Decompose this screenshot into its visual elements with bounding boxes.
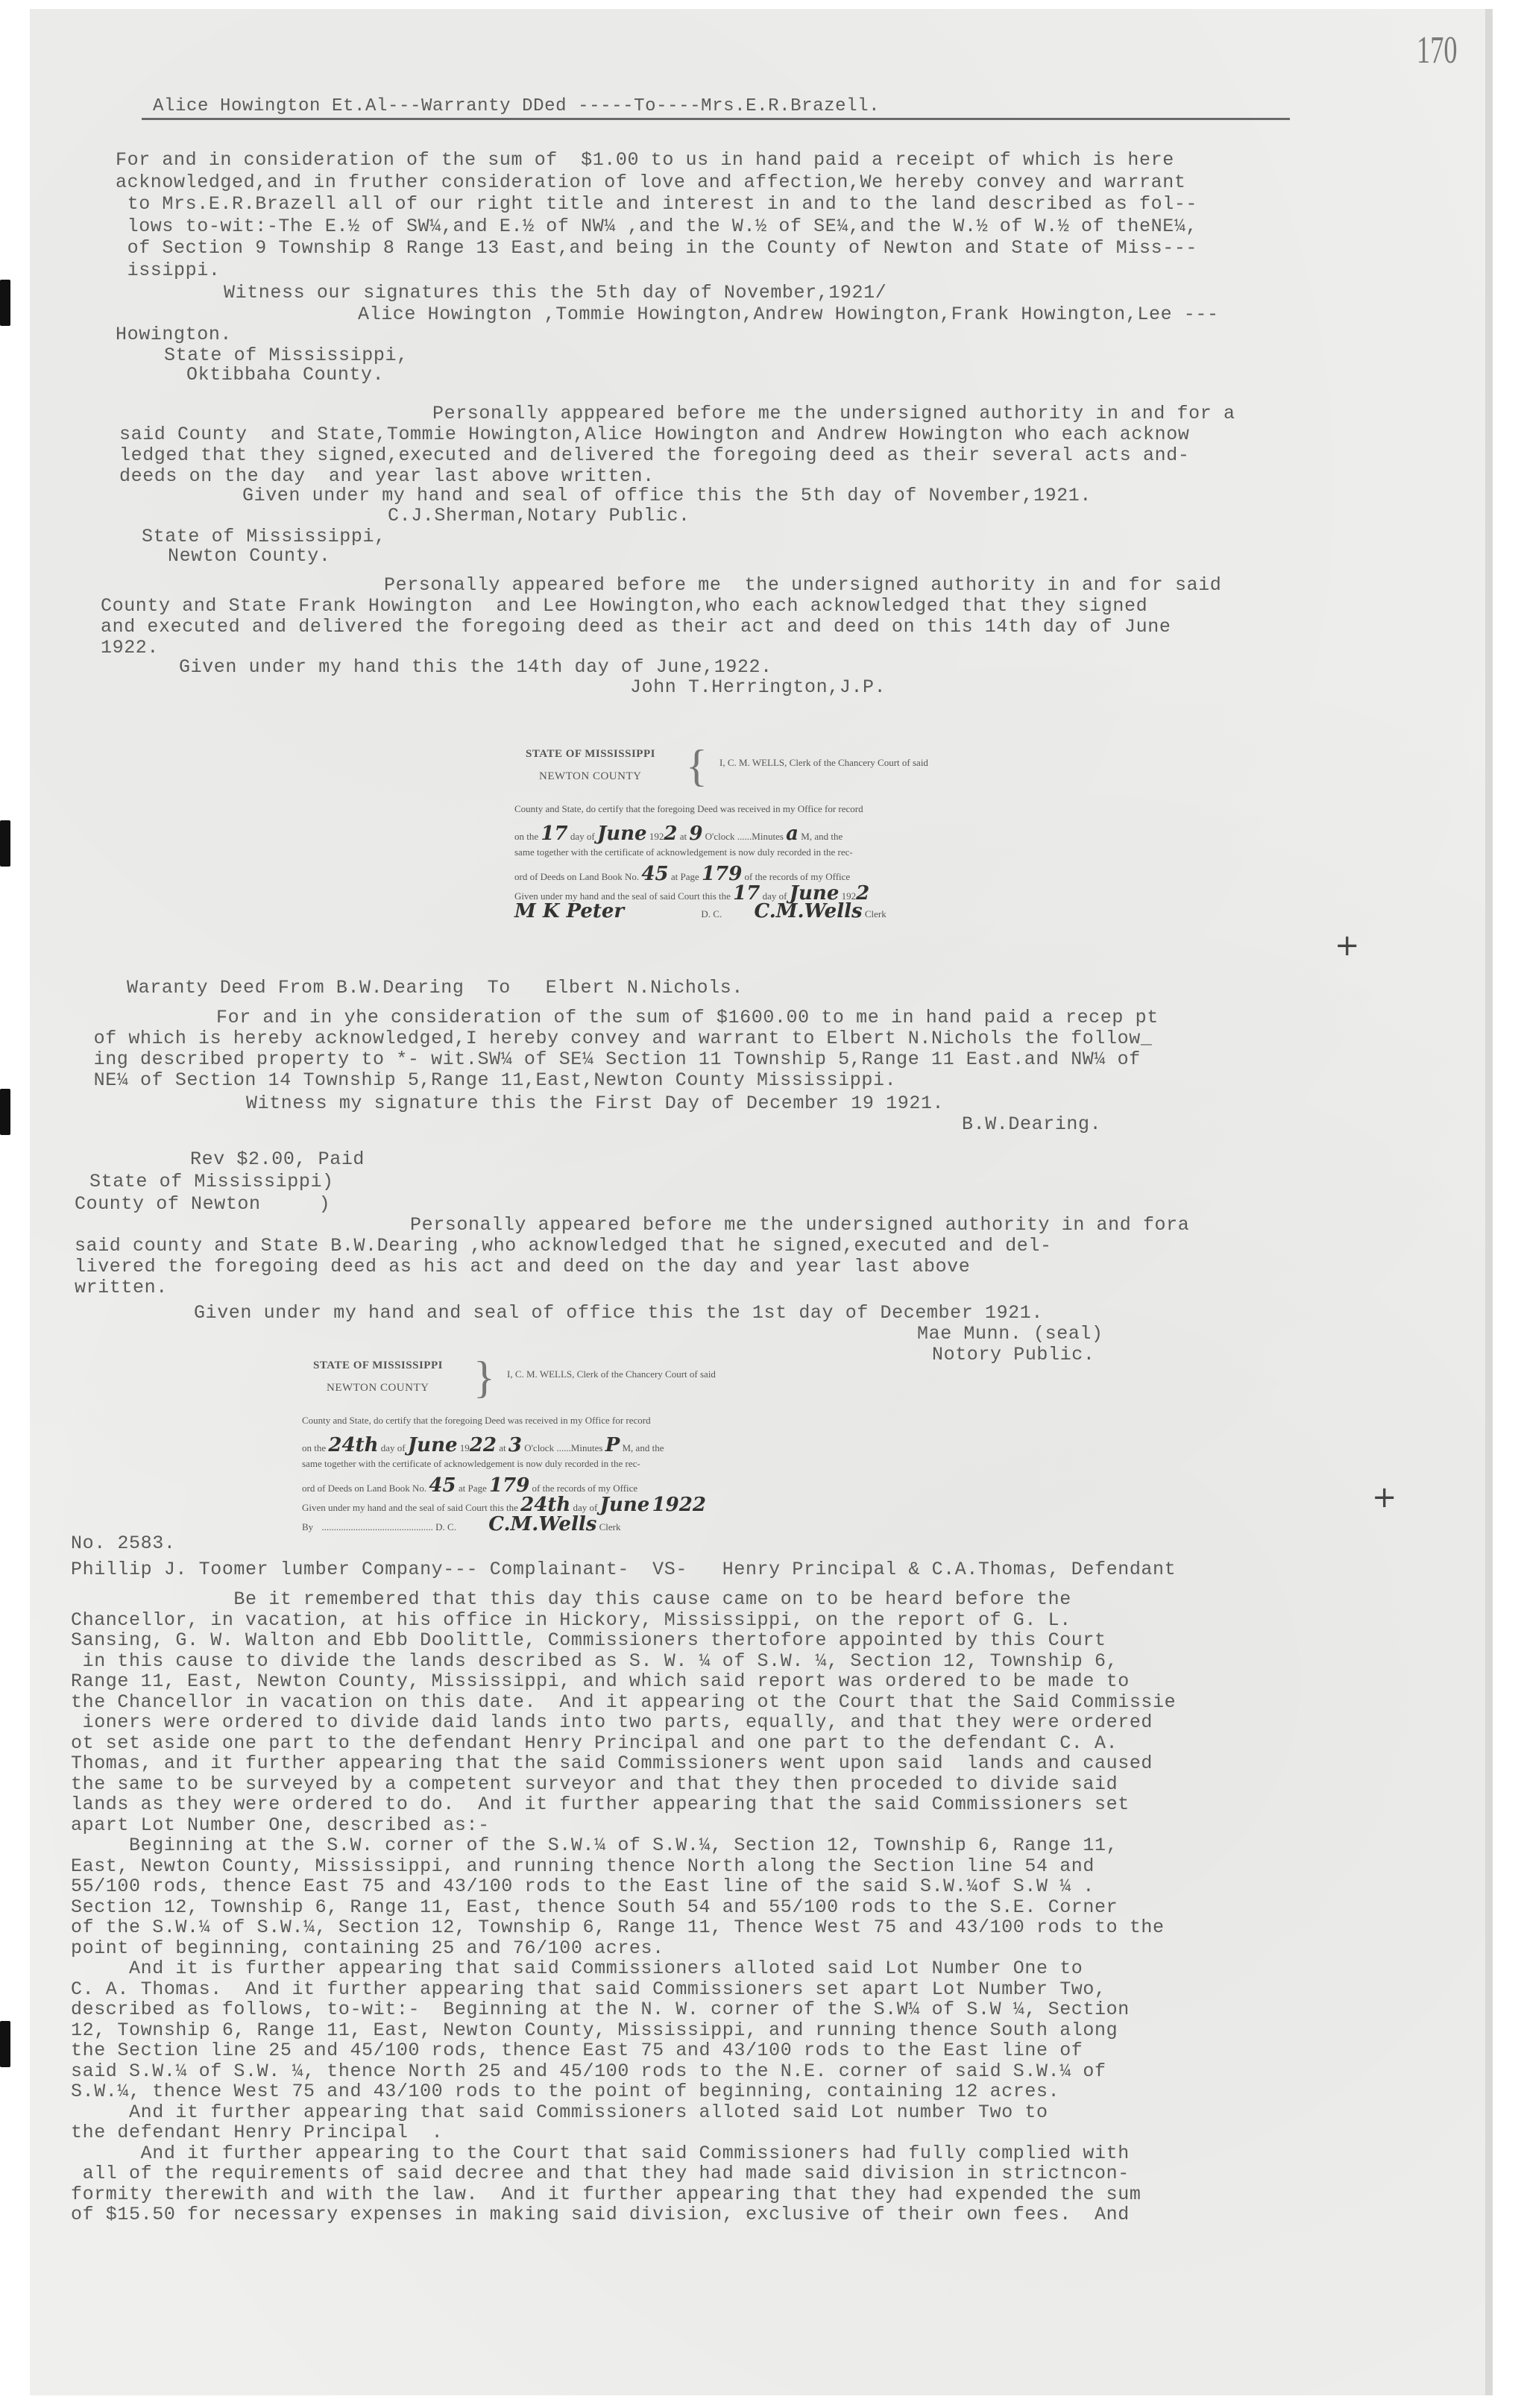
text-line: S.W.¼, thence West 75 and 43/100 rods to… xyxy=(71,2081,1059,2103)
text-line: to Mrs.E.R.Brazell all of our right titl… xyxy=(116,193,1197,216)
cert-line: same together with the certificate of ac… xyxy=(302,1458,640,1470)
text-line: C. A. Thomas. And it further appearing t… xyxy=(71,1978,1106,2001)
clerk-signature: C.M.Wells xyxy=(754,900,862,922)
text-line: said County and State,Tommie Howington,A… xyxy=(119,424,1189,446)
text-line: lows to-wit:-The E.½ of SW¼,and E.½ of N… xyxy=(116,216,1197,238)
text-line: of the S.W.¼ of S.W.¼, Section 12, Towns… xyxy=(71,1917,1165,1939)
text-line: formity therewith and with the law. And … xyxy=(71,2184,1141,2206)
cert-label: of the records of my Office xyxy=(532,1483,638,1494)
cert-clerk-line: I, C. M. WELLS, Clerk of the Chancery Co… xyxy=(507,1368,716,1380)
cert-hour: 9 xyxy=(689,823,702,845)
ack2-officer: John T.Herrington,J.P. xyxy=(630,676,886,699)
cert-day: 17 xyxy=(541,823,567,845)
cert-label: day of xyxy=(570,831,595,842)
cert-label: at xyxy=(680,831,687,842)
cert-label: 192 xyxy=(649,831,664,842)
text-line: Thomas, and it further appearing that th… xyxy=(71,1752,1153,1775)
cert-state: STATE OF MISSISSIPPI xyxy=(313,1359,443,1372)
cert-month: June xyxy=(597,823,647,845)
text-line: Section 12, Township 6, Range 11, East, … xyxy=(71,1896,1118,1919)
cert-line-date: on the 17 day of June 1922 at 9 O'clock … xyxy=(514,823,843,845)
text-line: ioners were ordered to divide daid lands… xyxy=(71,1711,1153,1734)
binder-hole xyxy=(0,1089,10,1135)
ack2-given: Given under my hand this the 14th day of… xyxy=(179,656,772,679)
cert-label: at Page xyxy=(671,871,699,882)
cert-county: NEWTON COUNTY xyxy=(539,770,641,783)
cert-label: at xyxy=(499,1442,506,1453)
text-line: all of the requirements of said decree a… xyxy=(71,2163,1130,2185)
ack1-given: Given under my hand and seal of office t… xyxy=(242,485,1092,507)
deed1-signers-cont: Howington. xyxy=(116,324,232,346)
ack1-county: Oktibbaha County. xyxy=(186,364,384,386)
title-underline xyxy=(142,118,1290,120)
text-line: NE¼ of Section 14 Township 5,Range 11,Ea… xyxy=(82,1069,896,1092)
cert-label: Clerk xyxy=(865,908,886,919)
cert-given-year: 1922 xyxy=(652,1494,706,1516)
text-line: of which is hereby acknowledged,I hereby… xyxy=(82,1028,1152,1050)
text-line: of Section 9 Township 8 Range 13 East,an… xyxy=(116,237,1197,260)
cert-line: County and State, do certify that the fo… xyxy=(514,803,863,815)
text-line: described as follows, to-wit:- Beginning… xyxy=(71,1999,1130,2021)
text-line: For and in consideration of the sum of $… xyxy=(116,149,1174,172)
text-line: said S.W.¼ of S.W. ¼, thence North 25 an… xyxy=(71,2060,1106,2083)
deed2-title: Waranty Deed From B.W.Dearing To Elbert … xyxy=(127,977,743,999)
text-line: Beginning at the S.W. corner of the S.W.… xyxy=(71,1835,1118,1857)
text-line: written. xyxy=(75,1277,168,1299)
cert-year: 22 xyxy=(470,1434,497,1456)
cert-label: M, and the xyxy=(623,1442,664,1453)
deed2-witness: Witness my signature this the First Day … xyxy=(246,1093,944,1115)
text-line: livered the foregoing deed as his act an… xyxy=(75,1256,970,1278)
margin-mark: + xyxy=(1372,1480,1397,1515)
text-line: and executed and delivered the foregoing… xyxy=(101,616,1171,638)
brace: { xyxy=(686,744,708,788)
cert-label: O'clock ......Minutes xyxy=(524,1442,602,1453)
text-line: East, Newton County, Mississippi, and ru… xyxy=(71,1855,1095,1878)
cert-hour: 3 xyxy=(508,1434,522,1456)
cert-label: Clerk xyxy=(599,1521,621,1532)
recording-certificate-2: STATE OF MISSISSIPPI NEWTON COUNTY } I, … xyxy=(298,1346,865,1532)
cert-line: County and State, do certify that the fo… xyxy=(302,1415,651,1427)
text-line: For and in yhe consideration of the sum … xyxy=(216,1007,1159,1029)
cert-label: Given under my hand and the seal of said… xyxy=(302,1502,518,1513)
cert-label: ord of Deeds on Land Book No. xyxy=(514,871,639,882)
text-line: 1922. xyxy=(101,637,159,659)
cert-ampm: a xyxy=(786,823,799,845)
binder-hole xyxy=(0,820,10,867)
text-line: Be it remembered that this day this caus… xyxy=(71,1588,1071,1611)
ack2-county: Newton County. xyxy=(168,545,330,568)
cert-label: at Page xyxy=(459,1483,487,1494)
text-line: Range 11, East, Newton County, Mississip… xyxy=(71,1670,1130,1693)
text-line: Chancellor, in vacation, at his office i… xyxy=(71,1609,1071,1632)
binder-hole xyxy=(0,280,10,326)
text-line: Personally appeared before me the unders… xyxy=(410,1214,1189,1236)
cert-ampm: P xyxy=(605,1434,620,1456)
cert-signatures: By .....................................… xyxy=(302,1513,621,1535)
text-line: lands as they were ordered to do. And it… xyxy=(71,1794,1130,1816)
cert-day: 24th xyxy=(328,1434,378,1456)
ack3-notary: Mae Munn. (seal) xyxy=(917,1323,1103,1345)
text-line: And it further appearing that said Commi… xyxy=(71,2102,1048,2124)
deed1-title: Alice Howington Et.Al---Warranty DDed --… xyxy=(153,95,880,118)
binder-hole xyxy=(0,2021,10,2067)
deputy-clerk-signature: M K Peter xyxy=(514,900,624,922)
text-line: Personally appeared before me the unders… xyxy=(384,574,1221,597)
cert-year: 2 xyxy=(664,823,677,845)
cert-county: NEWTON COUNTY xyxy=(327,1382,429,1395)
page-edge xyxy=(1485,9,1493,2395)
clerk-signature: C.M.Wells xyxy=(488,1513,596,1535)
text-line: And it is further appearing that said Co… xyxy=(71,1958,1083,1980)
text-line: apart Lot Number One, described as:- xyxy=(71,1814,490,1837)
cert-label: M, and the xyxy=(801,831,843,842)
cert-signatures: M K Peter D. C. C.M.Wells Clerk xyxy=(514,900,886,922)
deed2-signer: B.W.Dearing. xyxy=(962,1113,1101,1136)
cert-clerk-line: I, C. M. WELLS, Clerk of the Chancery Co… xyxy=(719,757,928,769)
ack3-state: State of Mississippi) xyxy=(89,1171,334,1193)
text-line: And it further appearing to the Court th… xyxy=(71,2143,1130,2165)
case-caption: Phillip J. Toomer lumber Company--- Comp… xyxy=(71,1559,1176,1581)
text-line: ledged that they signed,executed and del… xyxy=(119,444,1189,467)
brace: } xyxy=(473,1355,495,1400)
revenue-stamp: Rev $2.00, Paid xyxy=(190,1148,365,1171)
text-line: said county and State B.W.Dearing ,who a… xyxy=(75,1235,1052,1257)
text-line: point of beginning, containing 25 and 76… xyxy=(71,1937,664,1960)
text-line: the same to be surveyed by a competent s… xyxy=(71,1773,1118,1796)
text-line: the defendant Henry Principal . xyxy=(71,2122,443,2144)
text-line: of $15.50 for necessary expenses in maki… xyxy=(71,2204,1130,2226)
text-line: Personally apppeared before me the under… xyxy=(432,403,1235,425)
deed1-witness: Witness our signatures this the 5th day … xyxy=(224,282,886,304)
cert-label: O'clock ......Minutes xyxy=(705,831,784,842)
text-line: acknowledged,and in fruther consideratio… xyxy=(116,172,1185,194)
ack1-notary: C.J.Sherman,Notary Public. xyxy=(388,505,690,527)
ack3-given: Given under my hand and seal of office t… xyxy=(194,1302,1043,1324)
cert-label: By xyxy=(302,1521,313,1532)
text-line: in this cause to divide the lands descri… xyxy=(71,1650,1118,1673)
deed1-signers: Alice Howington ,Tommie Howington,Andrew… xyxy=(358,304,1219,326)
text-line: the Chancellor in vacation on this date.… xyxy=(71,1691,1176,1714)
text-line: the Section line 25 and 45/100 rods, the… xyxy=(71,2040,1083,2062)
text-line: County and State Frank Howington and Lee… xyxy=(101,595,1147,617)
recording-certificate-1: STATE OF MISSISSIPPI NEWTON COUNTY { I, … xyxy=(511,735,1077,921)
cert-line-date: on the 24th day of June 1922 at 3 O'cloc… xyxy=(302,1434,664,1456)
cert-month: June xyxy=(408,1434,458,1456)
text-line: ot set aside one part to the defendant H… xyxy=(71,1732,1118,1755)
cert-label: of the records of my Office xyxy=(745,871,851,882)
text-line: Sansing, G. W. Walton and Ebb Doolittle,… xyxy=(71,1629,1106,1652)
cert-label: D. C. xyxy=(435,1521,456,1532)
case-number: No. 2583. xyxy=(71,1532,175,1555)
text-line: 12, Township 6, Range 11, East, Newton C… xyxy=(71,2019,1118,2042)
cert-label: on the xyxy=(302,1442,326,1453)
text-line: ing described property to *- wit.SW¼ of … xyxy=(82,1049,1141,1071)
cert-line: same together with the certificate of ac… xyxy=(514,846,853,858)
cert-state: STATE OF MISSISSIPPI xyxy=(526,748,655,761)
cert-label: 19 xyxy=(460,1442,470,1453)
cert-label: on the xyxy=(514,831,538,842)
page-number: 170 xyxy=(1417,28,1458,72)
cert-label: day of xyxy=(381,1442,406,1453)
ack3-county: County of Newton ) xyxy=(75,1193,330,1216)
cert-label: D. C. xyxy=(701,908,722,919)
text-line: issippi. xyxy=(116,260,220,282)
text-line: 55/100 rods, thence East 75 and 43/100 r… xyxy=(71,1876,1095,1898)
margin-mark: + xyxy=(1335,928,1360,963)
cert-label: ord of Deeds on Land Book No. xyxy=(302,1483,426,1494)
ack3-notary-title: Notory Public. xyxy=(932,1344,1095,1366)
cert-label: day of xyxy=(573,1502,598,1513)
